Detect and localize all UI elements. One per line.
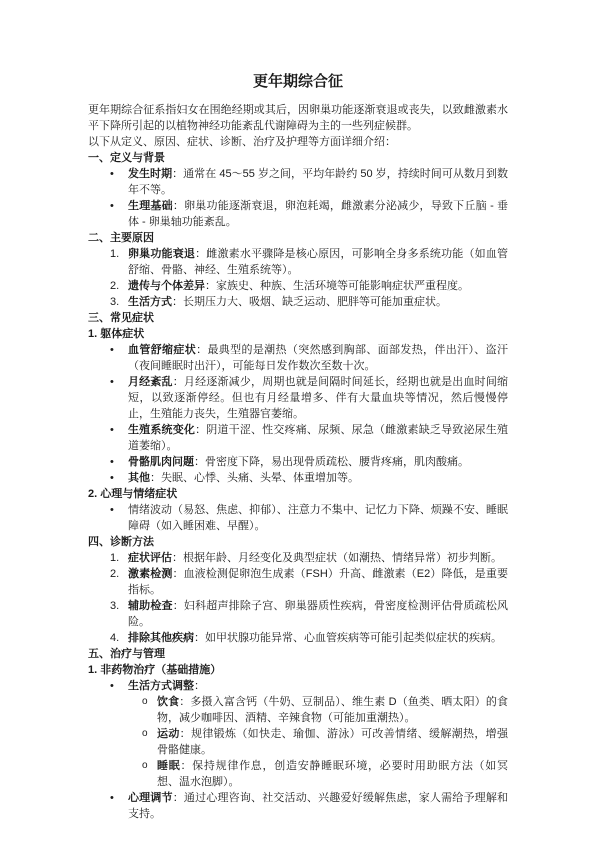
list-item-symptom-assessment: 1.症状评估：根据年龄、月经变化及典型症状（如潮热、情绪异常）初步判断。 <box>88 550 508 566</box>
item-label: 月经紊乱 <box>128 376 173 388</box>
heading-definition: 一、定义与背景 <box>88 150 508 166</box>
item-label: 卵巢功能衰退 <box>128 248 195 260</box>
item-text: ： <box>194 680 205 692</box>
bullet-icon: • <box>110 422 114 438</box>
item-text: ：保持规律作息，创造安静睡眠环境，必要时用助眠方法（如冥想、温水泡脚）。 <box>157 760 508 788</box>
item-label: 其他 <box>128 472 150 484</box>
document-content: 更年期综合征 更年期综合征系指妇女在围绝经期或其后，因卵巢功能逐渐衰退或丧失，以… <box>88 72 508 822</box>
circle-bullet-icon: o <box>142 694 148 710</box>
number-label: 3. <box>110 598 119 614</box>
item-label: 运动 <box>157 728 180 740</box>
bullet-icon: • <box>110 678 114 694</box>
number-label: 1. <box>110 550 119 566</box>
item-text: ：通常在 45～55 岁之间，平均年龄约 50 岁，持续时间可从数月到数年不等。 <box>128 168 508 196</box>
item-label: 睡眠 <box>157 760 180 772</box>
subheading-nondrug-treatment: 1. 非药物治疗（基础措施） <box>88 662 508 678</box>
item-label: 排除其他疾病 <box>128 632 194 644</box>
list-item-genital-changes: •生殖系统变化：阴道干涩、性交疼痛、尿频、尿急（雌激素缺乏导致泌尿生殖道萎缩）。 <box>88 422 508 454</box>
item-label: 血管舒缩症状 <box>128 344 196 356</box>
item-text: 情绪波动（易怒、焦虑、抑郁）、注意力不集中、记忆力下降、烦躁不安、睡眠障碍（如入… <box>128 504 508 532</box>
bullet-icon: • <box>110 790 114 806</box>
item-text: ：通过心理咨询、社交活动、兴趣爱好缓解焦虑，家人需给予理解和支持。 <box>128 792 508 820</box>
list-item-exclude-other-diseases: 4.排除其他疾病：如甲状腺功能异常、心血管疾病等可能引起类似症状的疾病。 <box>88 630 508 646</box>
item-text: ：卵巢功能逐渐衰退，卵泡耗竭，雌激素分泌减少，导致下丘脑 - 垂体 - 卵巢轴功… <box>128 200 508 228</box>
list-item-onset-period: •发生时期：通常在 45～55 岁之间，平均年龄约 50 岁，持续时间可从数月到… <box>88 166 508 198</box>
item-label: 生理基础 <box>128 200 173 212</box>
bullet-icon: • <box>110 198 114 214</box>
item-label: 生活方式 <box>128 296 172 308</box>
bullet-icon: • <box>110 374 114 390</box>
list-item-mood-swings: •情绪波动（易怒、焦虑、抑郁）、注意力不集中、记忆力下降、烦躁不安、睡眠障碍（如… <box>88 502 508 534</box>
bullet-icon: • <box>110 502 114 518</box>
list-item-sleep: o睡眠：保持规律作息，创造安静睡眠环境，必要时用助眠方法（如冥想、温水泡脚）。 <box>88 758 508 790</box>
item-label: 饮食 <box>157 696 179 708</box>
item-text: ：家族史、种族、生活环境等可能影响症状严重程度。 <box>205 280 469 292</box>
item-label: 生活方式调整 <box>128 680 194 692</box>
heading-treatment: 五、治疗与管理 <box>88 646 508 662</box>
heading-causes: 二、主要原因 <box>88 230 508 246</box>
list-item-genetics: 2.遗传与个体差异：家族史、种族、生活环境等可能影响症状严重程度。 <box>88 278 508 294</box>
list-item-ovarian-decline: 1.卵巢功能衰退：雌激素水平骤降是核心原因，可影响全身多系统功能（如血管舒缩、骨… <box>88 246 508 278</box>
list-item-other-symptoms: •其他：失眠、心悸、头痛、头晕、体重增加等。 <box>88 470 508 486</box>
list-item-musculoskeletal: •骨骼肌肉问题：骨密度下降，易出现骨质疏松、腰背疼痛，肌肉酸痛。 <box>88 454 508 470</box>
bullet-icon: • <box>110 166 114 182</box>
list-item-diet: o饮食：多摄入富含钙（牛奶、豆制品）、维生素 D（鱼类、晒太阳）的食物，减少咖啡… <box>88 694 508 726</box>
item-text: ：根据年龄、月经变化及典型症状（如潮热、情绪异常）初步判断。 <box>172 552 502 564</box>
list-item-menstrual-disorder: •月经紊乱：月经逐渐减少，周期也就是间隔时间延长，经期也就是出血时间缩短，以致逐… <box>88 374 508 422</box>
circle-bullet-icon: o <box>142 726 148 742</box>
list-item-exercise: o运动：规律锻炼（如快走、瑜伽、游泳）可改善情绪、缓解潮热，增强骨骼健康。 <box>88 726 508 758</box>
heading-diagnosis: 四、诊断方法 <box>88 534 508 550</box>
number-label: 1. <box>110 246 119 262</box>
list-item-physiology: •生理基础：卵巢功能逐渐衰退，卵泡耗竭，雌激素分泌减少，导致下丘脑 - 垂体 -… <box>88 198 508 230</box>
list-item-hormone-test: 2.激素检测：血液检测促卵泡生成素（FSH）升高、雌激素（E2）降低，是重要指标… <box>88 566 508 598</box>
bullet-icon: • <box>110 454 114 470</box>
item-label: 发生时期 <box>128 168 172 180</box>
item-label: 辅助检查 <box>128 600 173 612</box>
list-item-lifestyle-cause: 3.生活方式：长期压力大、吸烟、缺乏运动、肥胖等可能加重症状。 <box>88 294 508 310</box>
item-text: ：血液检测促卵泡生成素（FSH）升高、雌激素（E2）降低，是重要指标。 <box>128 568 508 596</box>
number-label: 4. <box>110 630 119 646</box>
bullet-icon: • <box>110 470 114 486</box>
item-label: 生殖系统变化 <box>128 424 195 436</box>
item-label: 遗传与个体差异 <box>128 280 205 292</box>
item-text: ：规律锻炼（如快走、瑜伽、游泳）可改善情绪、缓解潮热，增强骨骼健康。 <box>157 728 508 756</box>
item-text: ：长期压力大、吸烟、缺乏运动、肥胖等可能加重症状。 <box>172 296 447 308</box>
list-item-auxiliary-exam: 3.辅助检查：妇科超声排除子宫、卵巢器质性疾病，骨密度检测评估骨质疏松风险。 <box>88 598 508 630</box>
list-item-lifestyle-adjustment: •生活方式调整： <box>88 678 508 694</box>
item-text: ：多摄入富含钙（牛奶、豆制品）、维生素 D（鱼类、晒太阳）的食物，减少咖啡因、酒… <box>157 696 508 724</box>
number-label: 2. <box>110 566 119 582</box>
subheading-psychological-symptoms: 2. 心理与情绪症状 <box>88 486 508 502</box>
item-label: 激素检测 <box>128 568 172 580</box>
intro-lead-line: 以下从定义、原因、症状、诊断、治疗及护理等方面详细介绍： <box>88 134 508 150</box>
item-text: ：骨密度下降，易出现骨质疏松、腰背疼痛，肌肉酸痛。 <box>194 456 469 468</box>
item-text: ：如甲状腺功能异常、心血管疾病等可能引起类似症状的疾病。 <box>194 632 502 644</box>
number-label: 3. <box>110 294 119 310</box>
intro-paragraph: 更年期综合征系指妇女在围绝经期或其后，因卵巢功能逐渐衰退或丧失，以致雌激素水平下… <box>88 102 508 134</box>
document-page: 更年期综合征 更年期综合征系指妇女在围绝经期或其后，因卵巢功能逐渐衰退或丧失，以… <box>0 0 595 841</box>
heading-symptoms: 三、常见症状 <box>88 310 508 326</box>
item-label: 症状评估 <box>128 552 172 564</box>
subheading-physical-symptoms: 1. 躯体症状 <box>88 326 508 342</box>
item-text: ：妇科超声排除子宫、卵巢器质性疾病，骨密度检测评估骨质疏松风险。 <box>128 600 508 628</box>
circle-bullet-icon: o <box>142 758 148 774</box>
number-label: 2. <box>110 278 119 294</box>
bullet-icon: • <box>110 342 114 358</box>
item-label: 心理调节 <box>128 792 173 804</box>
list-item-psychological-adjustment: •心理调节：通过心理咨询、社交活动、兴趣爱好缓解焦虑，家人需给予理解和支持。 <box>88 790 508 822</box>
item-text: ：失眠、心悸、头痛、头晕、体重增加等。 <box>150 472 359 484</box>
item-text: ：月经逐渐减少，周期也就是间隔时间延长，经期也就是出血时间缩短，以致逐渐停经。但… <box>128 376 508 420</box>
page-title: 更年期综合征 <box>88 72 508 92</box>
item-label: 骨骼肌肉问题 <box>128 456 194 468</box>
list-item-vasomotor: •血管舒缩症状：最典型的是潮热（突然感到胸部、面部发热，伴出汗）、盗汗（夜间睡眠… <box>88 342 508 374</box>
